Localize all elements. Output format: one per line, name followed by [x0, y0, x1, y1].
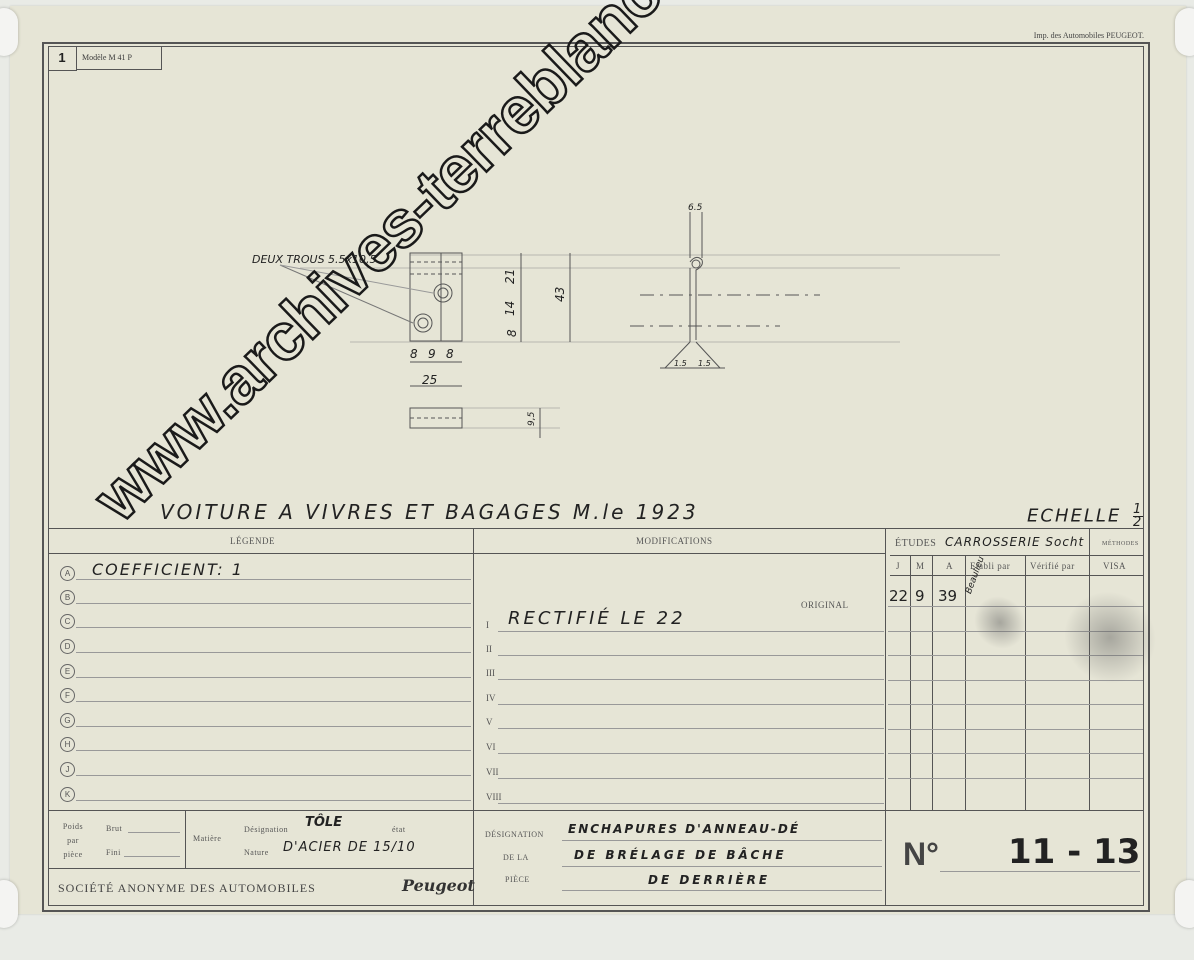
rule [888, 729, 1143, 730]
divider [965, 555, 966, 810]
rule [498, 631, 884, 632]
divider [48, 528, 1144, 529]
col-m: M [916, 561, 925, 571]
piece-line-3: DE DERRIÈRE [648, 873, 770, 887]
scale-label: ECHELLE [1027, 506, 1121, 527]
rule [76, 750, 471, 751]
drawing-number: 11 - 13 [1008, 832, 1140, 872]
svg-text:25: 25 [422, 373, 437, 387]
legend-key: C [60, 614, 75, 629]
col-verifie: Vérifié par [1030, 561, 1075, 571]
peugeot-logo: Peugeot [402, 876, 475, 895]
piece-label: DÉSIGNATION [485, 830, 544, 839]
rule [498, 655, 884, 656]
matiere-label: Matière [193, 834, 221, 843]
divider [932, 555, 933, 810]
etudes-dept: CARROSSERIE Socht [945, 535, 1084, 549]
company-name: SOCIÉTÉ ANONYME DES AUTOMOBILES [58, 881, 316, 896]
rule [498, 704, 884, 705]
mod-key: III [486, 668, 495, 678]
rule [562, 866, 882, 867]
svg-text:43: 43 [553, 287, 567, 302]
rule [888, 704, 1143, 705]
fini-label: Fini [106, 848, 121, 857]
col-a: A [946, 561, 953, 571]
legend-key: G [60, 713, 75, 728]
date-month: 9 [915, 587, 925, 605]
divider [185, 810, 186, 868]
svg-text:8: 8 [446, 347, 454, 361]
rule [128, 832, 180, 833]
rule [76, 652, 471, 653]
rule [888, 753, 1143, 754]
rule [76, 726, 471, 727]
piece-line-1: ENCHAPURES D'ANNEAU-DÉ [568, 822, 800, 836]
legend-key: A [60, 566, 75, 581]
legend-key: H [60, 737, 75, 752]
col-visa: VISA [1103, 561, 1126, 571]
brut-label: Brut [106, 824, 122, 833]
rule [498, 753, 884, 754]
vehicle-title: VOITURE A VIVRES ET BAGAGES M.le 1923 [160, 500, 699, 524]
legend-key: D [60, 639, 75, 654]
svg-text:9: 9 [428, 347, 436, 361]
designation-label: Désignation [244, 825, 288, 834]
binder-clip [0, 880, 18, 928]
etat-label: état [392, 825, 406, 834]
piece-line-2: DE BRÉLAGE DE BÂCHE [574, 848, 787, 862]
date-year: 39 [938, 587, 957, 605]
svg-text:14: 14 [503, 301, 517, 316]
mod-key: I [486, 620, 489, 630]
scale: ECHELLE 1 2 [1027, 504, 1143, 529]
rule [498, 803, 884, 804]
svg-text:1.5: 1.5 [674, 359, 687, 368]
mod-key: VI [486, 742, 496, 752]
piece-label: DE LA [503, 853, 529, 862]
binder-clip [1175, 880, 1194, 928]
number-label: N° [903, 836, 939, 873]
poids-label: Poids par pièce [58, 820, 88, 862]
rule [76, 677, 471, 678]
original-label: ORIGINAL [801, 600, 849, 610]
svg-text:8: 8 [505, 329, 519, 337]
divider [473, 528, 474, 906]
svg-text:1.5: 1.5 [698, 359, 711, 368]
svg-text:8: 8 [410, 347, 418, 361]
rule [888, 778, 1143, 779]
rule [498, 728, 884, 729]
nature-label: Nature [244, 848, 269, 857]
etudes-heading: ÉTUDES [895, 538, 936, 549]
rule [498, 679, 884, 680]
svg-text:6.5: 6.5 [688, 203, 703, 213]
rule [76, 579, 471, 580]
legende-heading: LÉGENDE [230, 536, 275, 546]
designation-value: TÔLE [305, 815, 342, 830]
divider [890, 575, 1144, 576]
divider [48, 553, 885, 554]
rule [76, 627, 471, 628]
rule [940, 871, 1140, 872]
rule [76, 701, 471, 702]
methodes-heading: MÉTHODES [1102, 541, 1139, 547]
legend-text: COEFFICIENT: 1 [92, 560, 244, 579]
divider [910, 555, 911, 810]
piece-label: PIÈCE [505, 875, 530, 884]
mod-key: VIII [486, 792, 502, 802]
modifications-heading: MODIFICATIONS [636, 536, 713, 546]
date-day: 22 [889, 587, 908, 605]
divider [48, 810, 1144, 811]
legend-key: J [60, 762, 75, 777]
rule [76, 800, 471, 801]
svg-text:9,5: 9,5 [527, 411, 537, 426]
nature-value: D'ACIER DE 15/10 [283, 840, 416, 855]
rule [562, 890, 882, 891]
divider [1025, 555, 1026, 810]
rule [76, 775, 471, 776]
col-j: J [896, 561, 900, 571]
mod-key: VII [486, 767, 499, 777]
legend-key: F [60, 688, 75, 703]
legend-key: E [60, 664, 75, 679]
legend-key: B [60, 590, 75, 605]
svg-text:21: 21 [503, 269, 517, 284]
legend-key: K [60, 787, 75, 802]
rule [124, 856, 180, 857]
divider [890, 555, 1144, 556]
rule [498, 778, 884, 779]
divider [885, 528, 886, 906]
rule [562, 840, 882, 841]
rule [76, 603, 471, 604]
divider [48, 868, 473, 869]
mod-key: II [486, 644, 492, 654]
mod-text: RECTIFIÉ LE 22 [508, 608, 686, 629]
mod-key: IV [486, 693, 496, 703]
mod-key: V [486, 717, 493, 727]
